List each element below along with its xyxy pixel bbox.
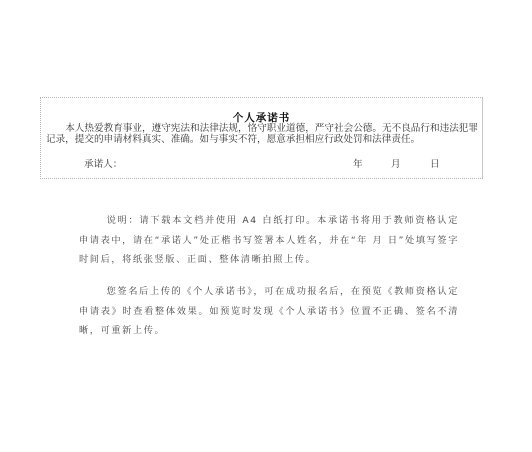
pledge-body-text: 本人热爱教育事业，遵守宪法和法律法规，恪守职业道德，严守社会公德。无不良品行和违… bbox=[46, 124, 478, 145]
pledge-box: 个人承诺书 本人热爱教育事业，遵守宪法和法律法规，恪守职业道德，严守社会公德。无… bbox=[40, 97, 483, 179]
signature-label: 承诺人： bbox=[84, 156, 122, 170]
instruction-paragraph-2: 您签名后上传的《个人承诺书》，可在成功报名后，在预览《教师资格认定申请表》时查看… bbox=[79, 282, 459, 341]
date-day-label: 日 bbox=[430, 156, 440, 170]
date-year-label: 年 bbox=[353, 156, 363, 170]
date-month-label: 月 bbox=[391, 156, 401, 170]
instruction-paragraph-1: 说明：请下载本文档并使用 A4 白纸打印。本承诺书将用于教师资格认定申请表中，请… bbox=[79, 211, 459, 270]
